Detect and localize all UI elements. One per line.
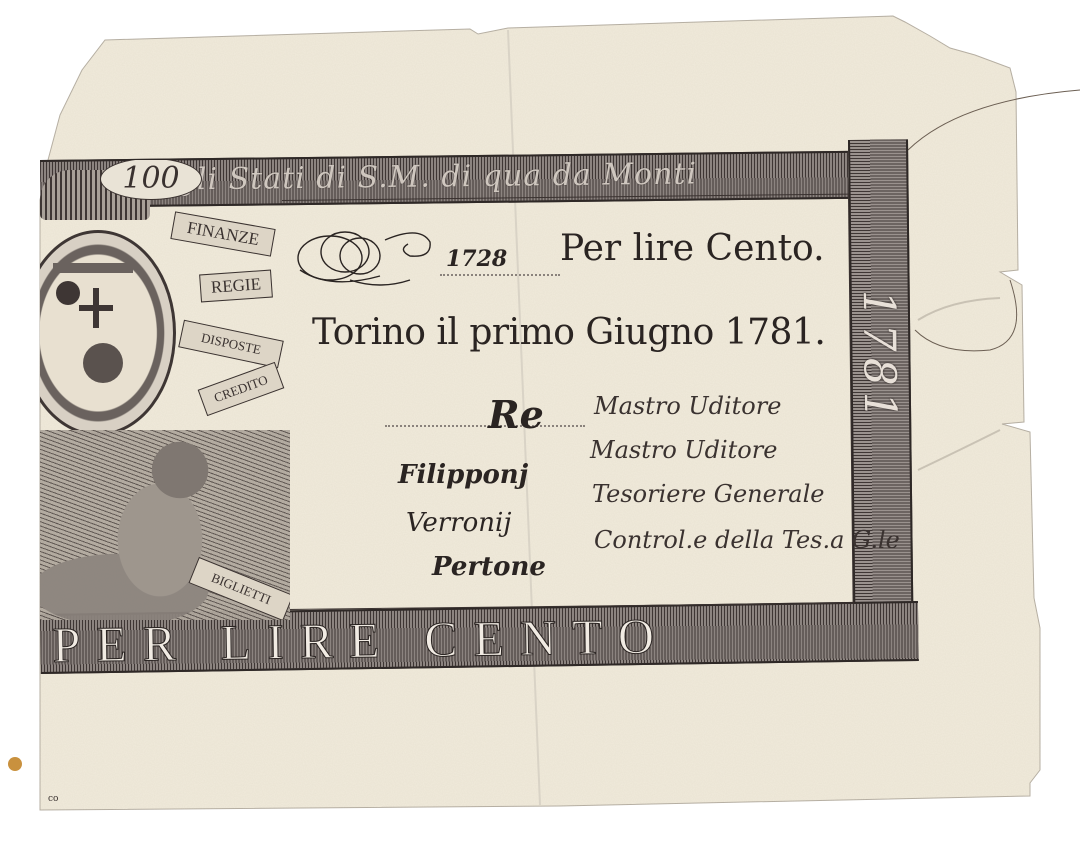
calligraphic-flourish-icon [290,220,440,290]
right-border-text: 1781 [853,289,906,426]
dotted-rule [385,425,585,427]
signature-row: Filipponj [398,460,528,490]
issue-place-date: Torino il primo Giugno 1781. [312,312,825,353]
banner-disposte: DISPOSTE [178,320,284,369]
signature-name: Re [488,392,544,437]
signature-title-row: Mastro Uditore [590,436,777,464]
banknote: Per gli Stati di S.M. di qua da Monti 17… [0,0,1080,864]
signature-title: Control.e della Tes.a G.le [594,526,900,554]
corner-mark: co [48,794,58,804]
signature-title: Mastro Uditore [590,436,777,464]
signature-title: Tesoriere Generale [592,480,824,508]
right-border-band: 1781 [848,139,914,648]
ink-stain [8,757,22,771]
serial-number: 1728 [446,246,507,272]
signature-name: Verronij [406,508,511,538]
signature-name: Filipponj [398,460,528,490]
signature-name: Pertone [432,552,546,582]
signature-row: Verronij [406,508,511,538]
banner-credito: CREDITO [198,362,285,416]
banner-regie: REGIE [199,270,273,303]
dotted-rule [440,274,560,276]
denomination-badge: 100 [100,160,202,200]
signature-title-row: Mastro Uditore [594,392,781,420]
shield-icon [40,230,176,436]
signature-row: Pertone [432,552,546,582]
signature-title-row: Tesoriere Generale [592,480,824,508]
signature-row: Re [488,392,544,437]
coat-of-arms-vignette: 100 FINANZE REGIE DISPOSTE CREDITO BIGLI… [40,160,290,620]
signature-title-row: Control.e della Tes.a G.le [594,526,900,554]
signature-title: Mastro Uditore [594,392,781,420]
value-text: Per lire Cento. [560,228,825,269]
banner-finanze: FINANZE [170,211,275,256]
